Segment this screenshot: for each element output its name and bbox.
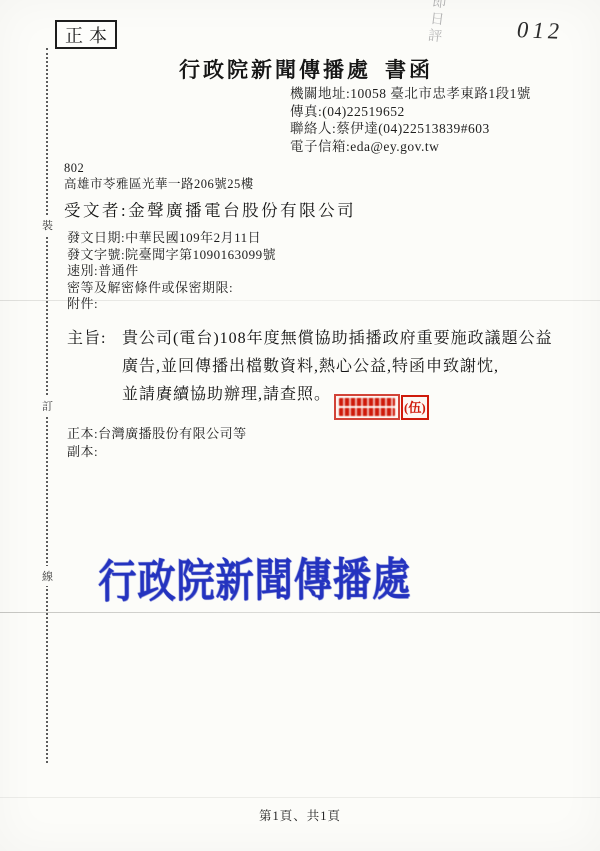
copy-type-label: 正本 <box>65 22 113 48</box>
recipient-postal-block: 802 高雄市苓雅區光華一路206號25樓 <box>64 161 254 192</box>
scanned-official-letter: 正本 即日評 012 行政院新聞傳播處書函 機關地址:10058 臺北市忠孝東路… <box>0 0 600 851</box>
distribution-original: 正本:台灣廣播股份有限公司等 <box>67 425 247 443</box>
distribution-block: 正本:台灣廣播股份有限公司等 副本: <box>67 425 247 460</box>
subject-text-3: 並請賡續協助辦理,請查照。 <box>122 386 331 403</box>
agency-info-block: 機關地址:10058 臺北市忠孝東路1段1號 傳真:(04)22519652 聯… <box>290 85 531 155</box>
binding-mark-ding: 訂 <box>40 396 55 416</box>
red-seal-text-rows <box>334 394 400 420</box>
red-seal-number-badge: (伍) <box>401 395 429 420</box>
page-footer: 第1頁、共1頁 <box>0 806 600 824</box>
security-class: 密等及解密條件或保密期限: <box>67 280 276 297</box>
speed-class: 速別:普通件 <box>67 263 276 280</box>
issue-number: 發文字號:院臺聞字第1090163099號 <box>67 247 276 264</box>
fold-crease-middle <box>0 612 600 613</box>
agency-contact: 聯絡人:蔡伊達(04)22513839#603 <box>290 120 531 138</box>
recipient-line: 受文者:金聲廣播電台股份有限公司 <box>64 197 356 221</box>
subject-line-2: 廣告,並回傳播出檔數資料,熱心公益,特函申致謝忱, <box>67 353 572 381</box>
binding-mark-zhuang: 裝 <box>40 215 55 235</box>
title-doc-type: 書函 <box>385 58 433 82</box>
red-seal-row <box>339 408 395 416</box>
red-seal-row <box>339 398 395 406</box>
attachment: 附件: <box>67 296 276 313</box>
subject-block: 主旨: 貴公司(電台)108年度無償協助插播政府重要施政議題公益 廣告,並回傳播… <box>67 325 572 420</box>
binding-mark-xian: 線 <box>40 566 55 586</box>
title-agency: 行政院新聞傳播處 <box>179 58 371 82</box>
document-title: 行政院新聞傳播處書函 <box>0 54 600 84</box>
issue-date: 發文日期:中華民國109年2月11日 <box>67 230 276 247</box>
handwritten-number: 012 <box>515 17 566 45</box>
subject-line-3: 並請賡續協助辦理,請查照。(伍) <box>67 381 572 420</box>
agency-address: 機關地址:10058 臺北市忠孝東路1段1號 <box>290 85 531 103</box>
document-meta-block: 發文日期:中華民國109年2月11日 發文字號:院臺聞字第1090163099號… <box>67 230 276 313</box>
recipient-name: 金聲廣播電台股份有限公司 <box>128 201 356 220</box>
subject-label: 主旨: <box>67 325 122 353</box>
fold-crease-bottom <box>0 797 600 798</box>
distribution-copy: 副本: <box>67 443 247 461</box>
recipient-zipcode: 802 <box>64 161 254 177</box>
red-seal-stamp: (伍) <box>334 394 429 420</box>
agency-email: 電子信箱:eda@ey.gov.tw <box>290 138 531 156</box>
recipient-label: 受文者: <box>64 201 128 220</box>
subject-line-1: 主旨: 貴公司(電台)108年度無償協助插播政府重要施政議題公益 <box>67 325 572 353</box>
subject-text-1: 貴公司(電台)108年度無償協助插播政府重要施政議題公益 <box>122 325 553 353</box>
agency-seal-stamp: 行政院新聞傳播處 <box>98 542 411 610</box>
recipient-address: 高雄市苓雅區光華一路206號25樓 <box>64 177 254 193</box>
copy-type-box: 正本 <box>55 20 117 49</box>
agency-fax: 傳真:(04)22519652 <box>290 103 531 121</box>
